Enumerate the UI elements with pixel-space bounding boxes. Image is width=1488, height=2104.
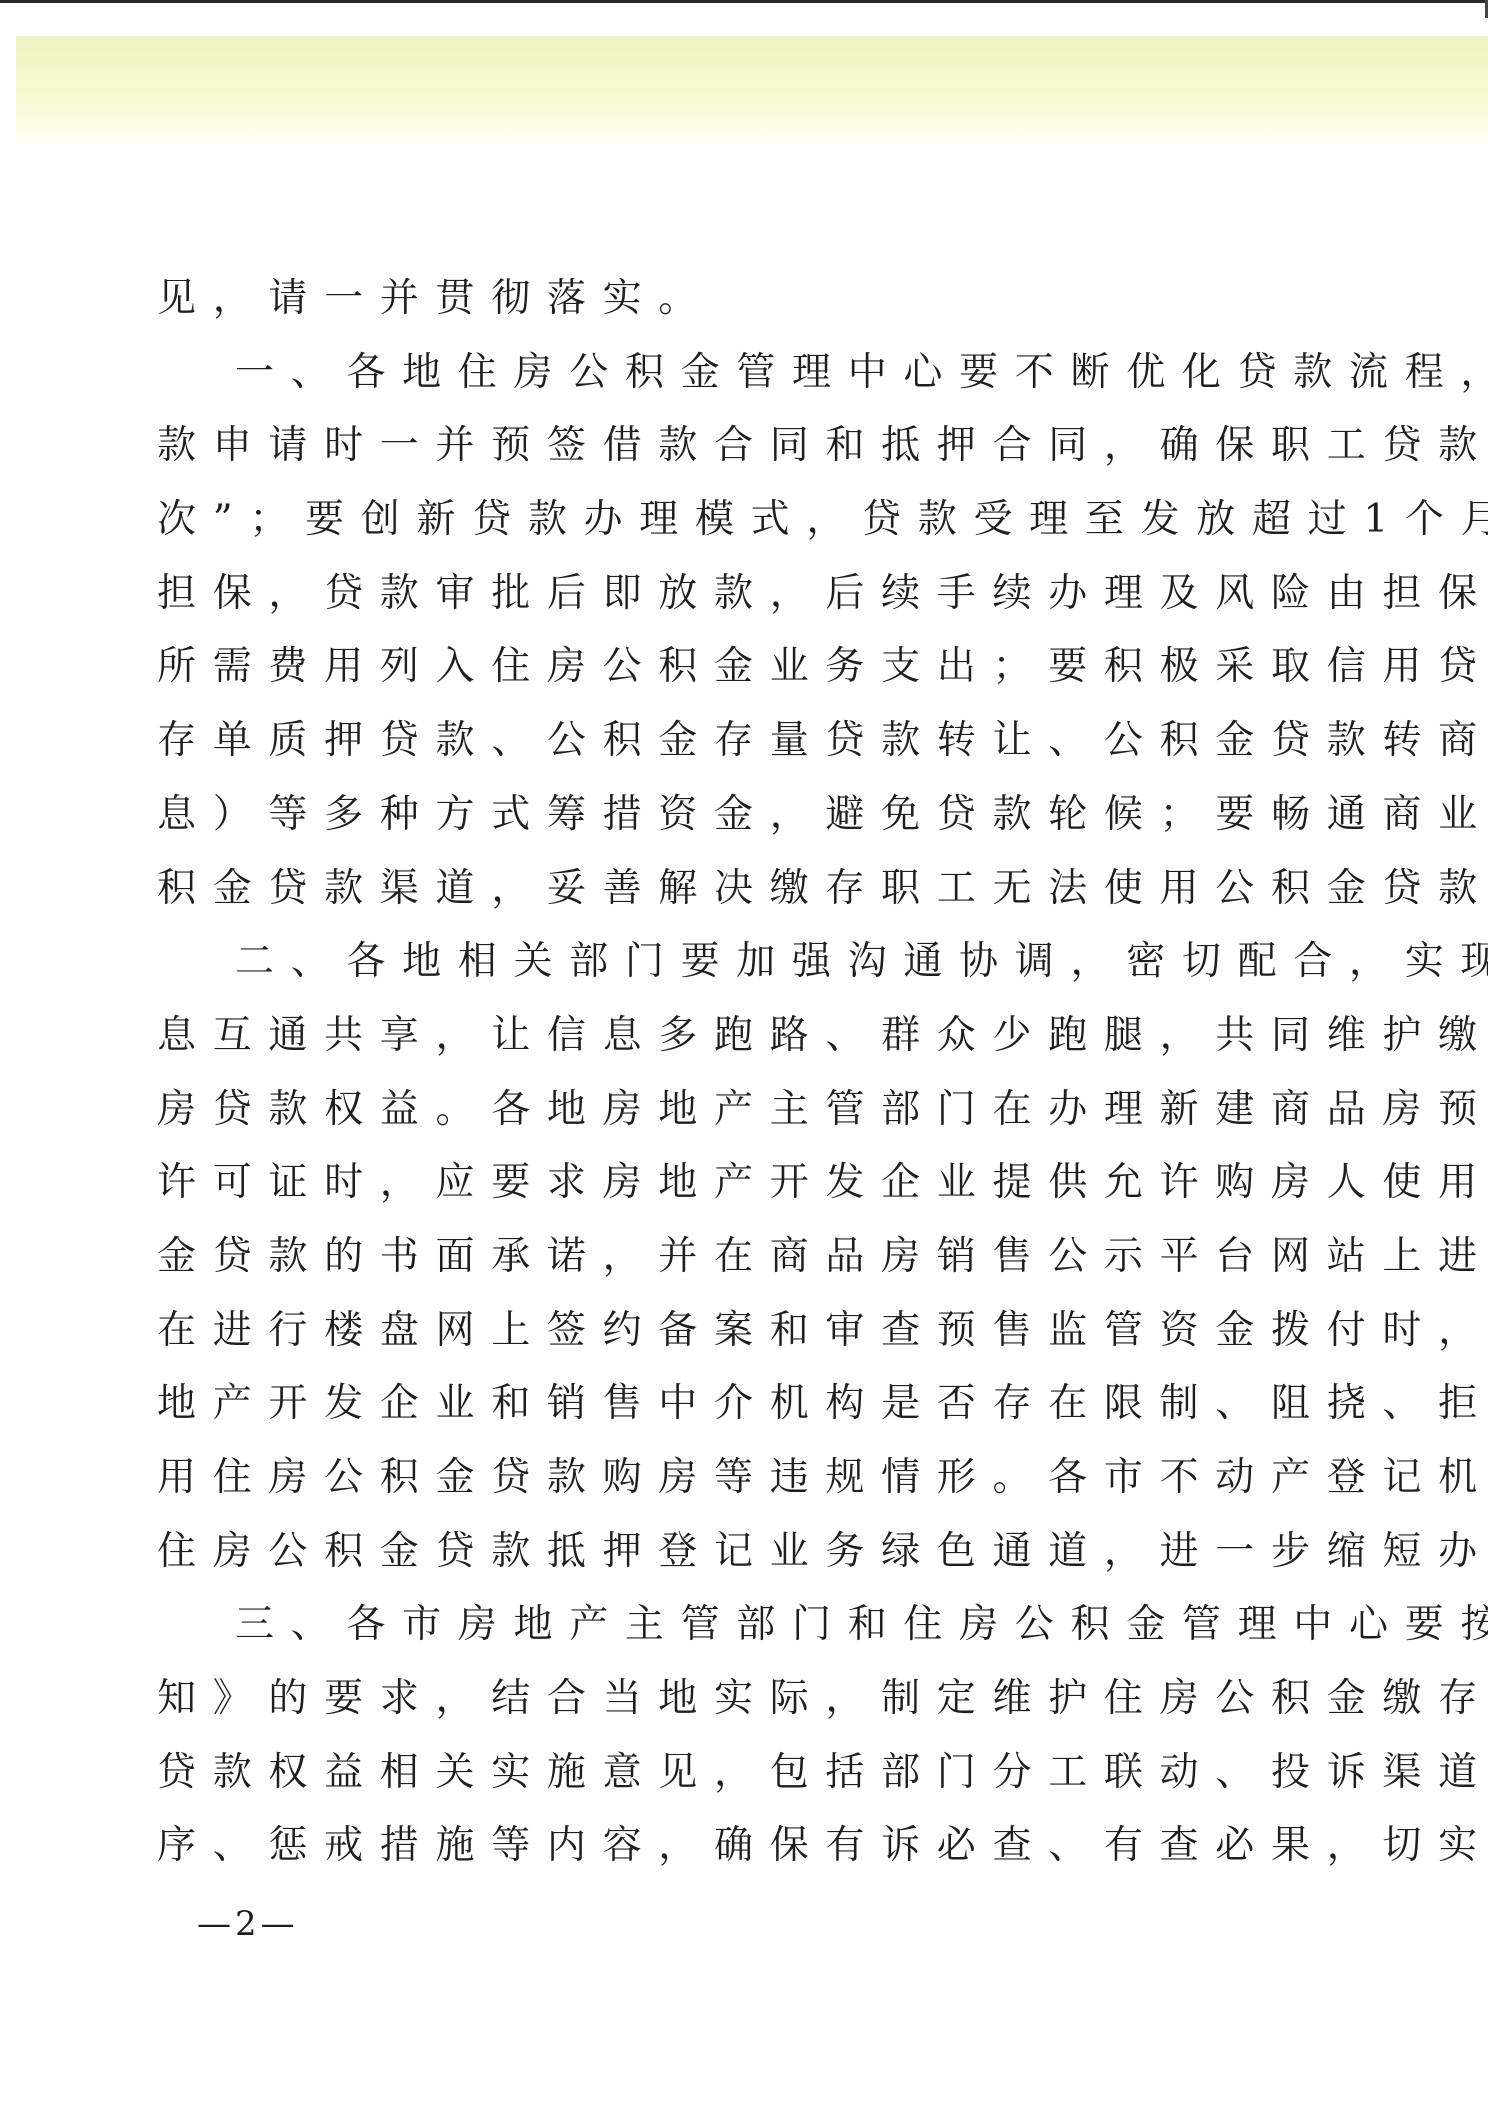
page-number: —2— bbox=[197, 1904, 299, 1944]
text-line: 用住房公积金贷款购房等违规情形。各市不动产登记机构应开通 bbox=[157, 1441, 1307, 1515]
text-line: 地产开发企业和销售中介机构是否存在限制、阻挠、拒绝职工使 bbox=[157, 1367, 1307, 1441]
text-line: 房贷款权益。各地房地产主管部门在办理新建商品房预售或现售 bbox=[157, 1073, 1307, 1147]
section-three-heading-line: 三、各市房地产主管部门和住房公积金管理中心要按照《通 bbox=[157, 1588, 1307, 1662]
text-line: 款申请时一并预签借款合同和抵押合同，确保职工贷款“只跑一 bbox=[157, 409, 1307, 483]
section-two-heading-line: 二、各地相关部门要加强沟通协调，密切配合，实现业务信 bbox=[157, 925, 1307, 999]
text-line: 知》的要求，结合当地实际，制定维护住房公积金缴存职工购房 bbox=[157, 1662, 1307, 1736]
text-line: 金贷款的书面承诺，并在商品房销售公示平台网站上进行公示； bbox=[157, 1220, 1307, 1294]
text-line: 在进行楼盘网上签约备案和审查预售监管资金拨付时，应考查房 bbox=[157, 1294, 1307, 1368]
text-line: 见，请一并贯彻落实。 bbox=[157, 262, 1307, 336]
text-line: 存单质押贷款、公积金存量贷款转让、公积金贷款转商业贷款（贴 bbox=[157, 704, 1307, 778]
scan-top-border bbox=[0, 0, 1488, 3]
text-line: 序、惩戒措施等内容，确保有诉必查、有查必果，切实保障缴存 bbox=[157, 1809, 1307, 1883]
section-one-heading-line: 一、各地住房公积金管理中心要不断优化贷款流程，受理贷 bbox=[157, 336, 1307, 410]
text-line: 住房公积金贷款抵押登记业务绿色通道，进一步缩短办理时限。 bbox=[157, 1515, 1307, 1589]
text-line: 许可证时，应要求房地产开发企业提供允许购房人使用住房公积 bbox=[157, 1146, 1307, 1220]
text-line: 息互通共享，让信息多跑路、群众少跑腿，共同维护缴存职工购 bbox=[157, 999, 1307, 1073]
text-line: 所需费用列入住房公积金业务支出；要积极采取信用贷款、定期 bbox=[157, 630, 1307, 704]
text-line: 担保，贷款审批后即放款，后续手续办理及风险由担保机构承担， bbox=[157, 557, 1307, 631]
document-body: 见，请一并贯彻落实。 一、各地住房公积金管理中心要不断优化贷款流程，受理贷 款申… bbox=[157, 262, 1307, 1883]
text-line: 次”；要创新贷款办理模式，贷款受理至发放超过1个月的要引入 bbox=[157, 483, 1307, 557]
scan-color-band bbox=[16, 36, 1488, 148]
text-line: 贷款权益相关实施意见，包括部门分工联动、投诉渠道、处理程 bbox=[157, 1736, 1307, 1810]
text-line: 息）等多种方式筹措资金，避免贷款轮候；要畅通商业贷款转公 bbox=[157, 778, 1307, 852]
text-line: 积金贷款渠道，妥善解决缴存职工无法使用公积金贷款的问题。 bbox=[157, 852, 1307, 926]
